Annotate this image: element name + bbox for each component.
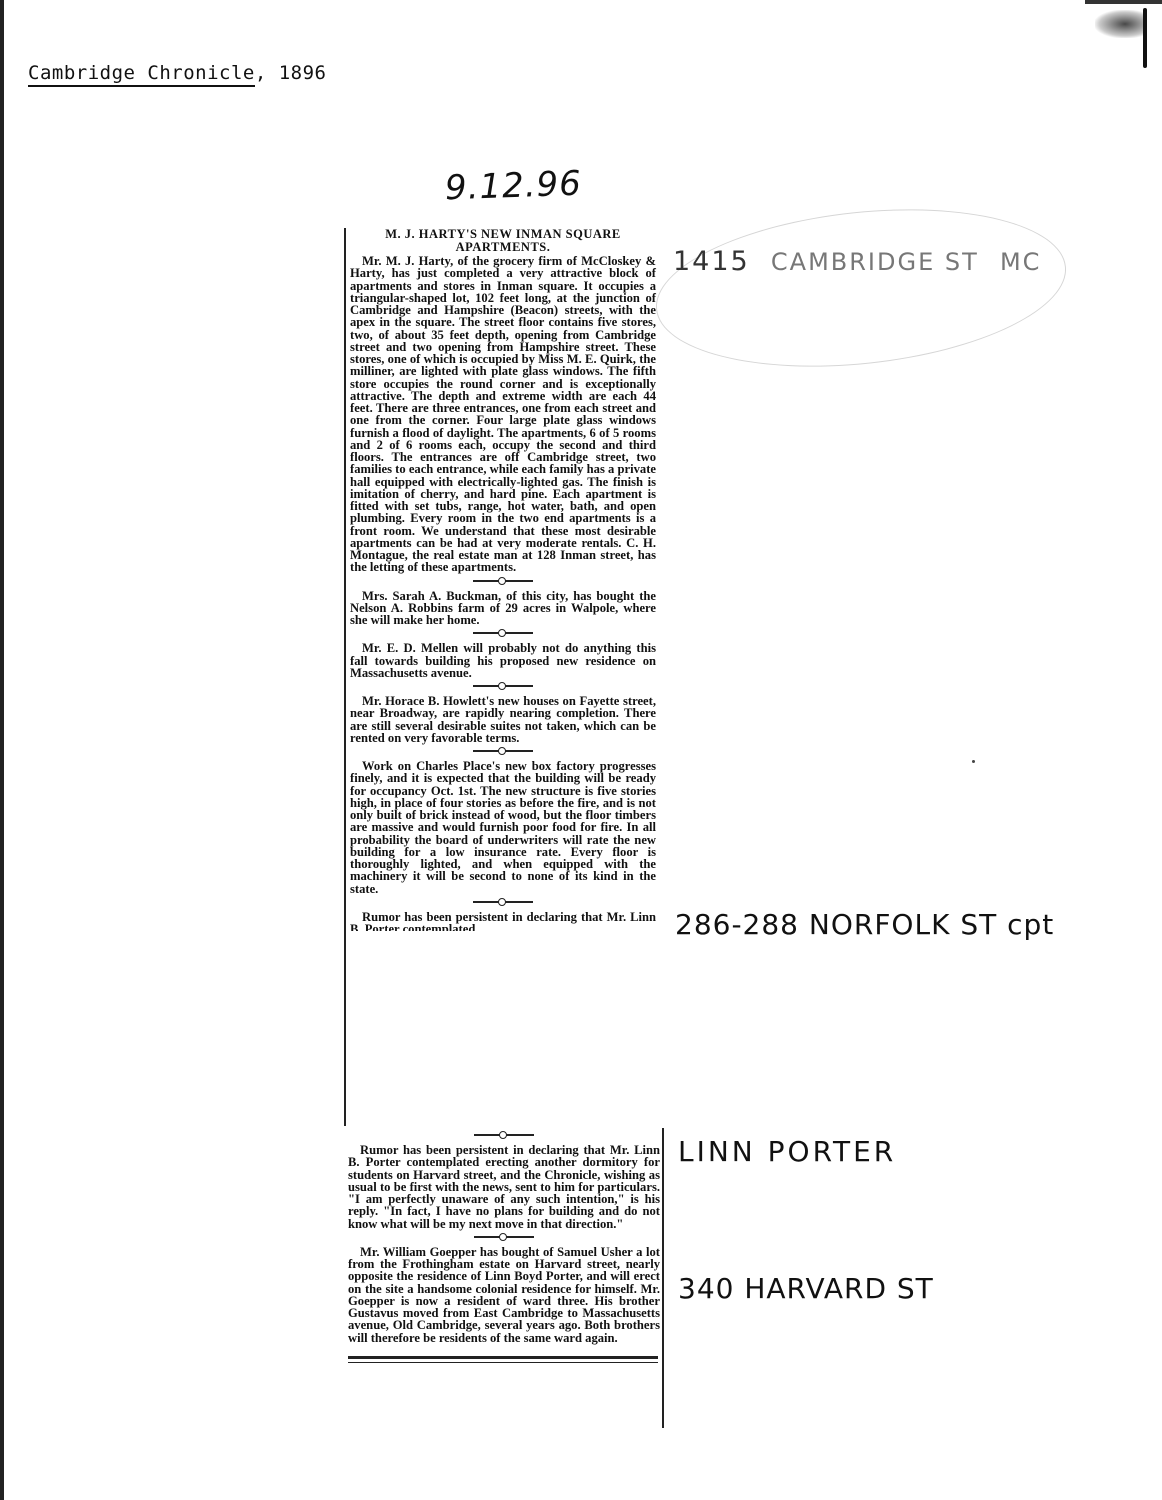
- handwritten-note-porter: LINN PORTER: [678, 1135, 896, 1168]
- end-rule: [348, 1356, 658, 1363]
- publication-year: 1896: [279, 62, 327, 84]
- article-harty: Mr. M. J. Harty, of the grocery firm of …: [350, 255, 656, 574]
- column-separator: [473, 680, 533, 691]
- article-goepper: Mr. William Goepper has bought of Samuel…: [348, 1246, 660, 1344]
- column-separator: [473, 745, 533, 756]
- column-separator: [473, 896, 533, 907]
- article-buckman: Mrs. Sarah A. Buckman, of this city, has…: [350, 590, 656, 627]
- article-place-factory: Work on Charles Place's new box factory …: [350, 760, 656, 895]
- column-separator: [474, 1129, 534, 1140]
- note-street: CAMBRIDGE ST: [771, 248, 979, 276]
- column-separator: [473, 627, 533, 638]
- title-separator: ,: [255, 62, 279, 84]
- scan-artifact-right: [1143, 8, 1147, 68]
- scan-artifact-top: [1085, 0, 1162, 4]
- scan-speck: [972, 760, 975, 763]
- article-headline: M. J. HARTY'S NEW INMAN SQUARE APARTMENT…: [350, 228, 656, 253]
- handwritten-note-goepper: 340 HARVARD ST: [678, 1272, 934, 1305]
- handwritten-note-harty: 1415 CAMBRIDGE ST MC: [673, 246, 1041, 277]
- newspaper-clipping-1: M. J. HARTY'S NEW INMAN SQUARE APARTMENT…: [344, 228, 658, 1126]
- article-howlett: Mr. Horace B. Howlett's new houses on Fa…: [350, 695, 656, 744]
- column-separator: [473, 575, 533, 586]
- publication-name: Cambridge Chronicle: [28, 62, 255, 87]
- note-number: 1415: [673, 246, 750, 277]
- newspaper-clipping-2: Rumor has been persistent in declaring t…: [344, 1128, 664, 1428]
- note-suffix: MC: [1000, 248, 1041, 276]
- handwritten-date: 9.12.96: [444, 164, 582, 209]
- handwritten-note-place: 286-288 NORFOLK ST cpt: [675, 908, 1054, 941]
- pencil-oval-mark: [648, 191, 1074, 385]
- article-cut-fragment: Rumor has been persistent in declaring t…: [350, 911, 656, 931]
- column-separator: [474, 1231, 534, 1242]
- scan-smudge: [1095, 10, 1145, 38]
- article-mellen: Mr. E. D. Mellen will probably not do an…: [350, 642, 656, 679]
- source-title: Cambridge Chronicle, 1896: [28, 62, 327, 84]
- scan-edge-left: [0, 0, 4, 1500]
- article-porter: Rumor has been persistent in declaring t…: [348, 1144, 660, 1230]
